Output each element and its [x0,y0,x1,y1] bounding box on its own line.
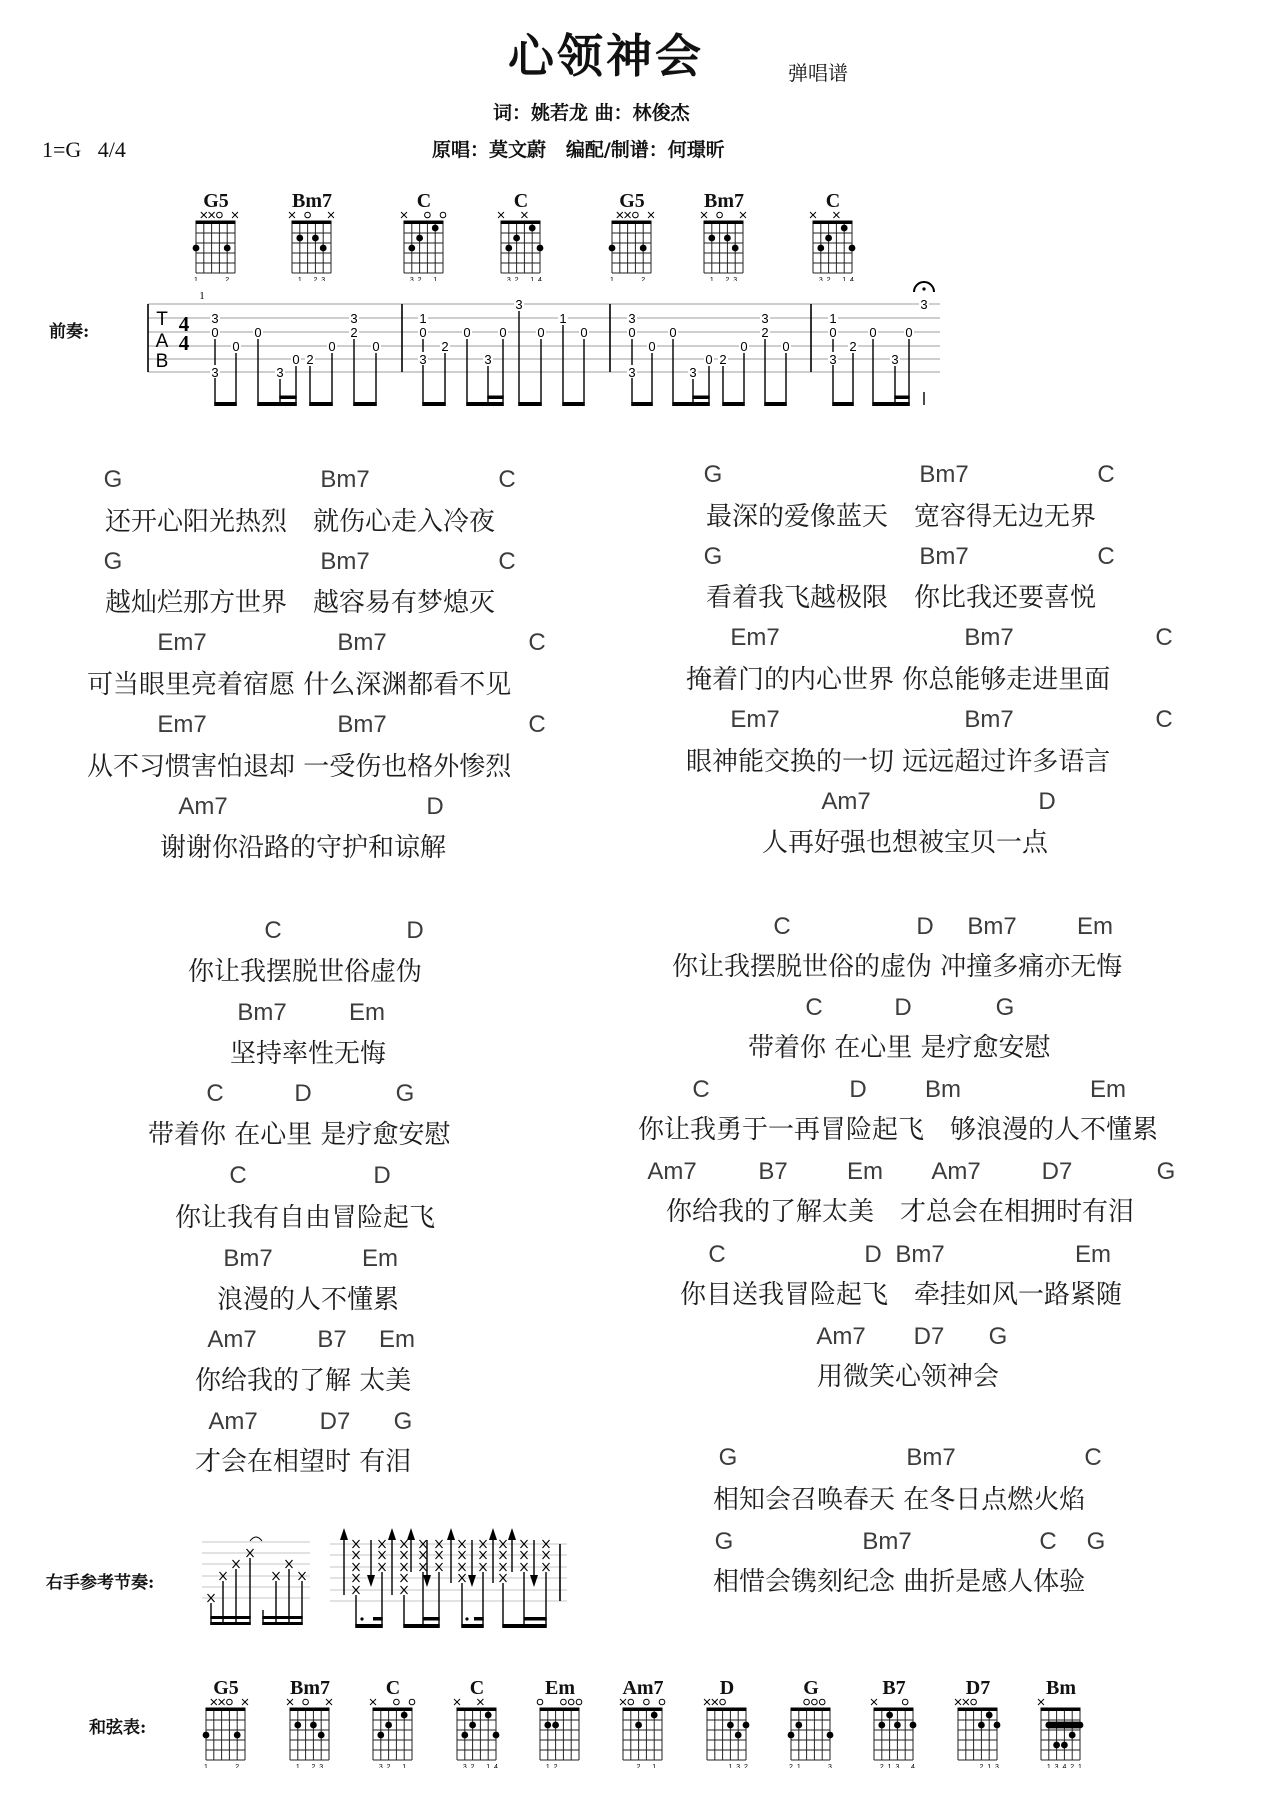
lyric-line: 最深的爱像蓝天 宽容得无边无界 [706,502,1096,532]
finger-dot [878,1722,885,1729]
sixteenth-beam [373,1617,383,1621]
chord-label: G [1157,1158,1176,1186]
fret-number: 0 [580,325,587,340]
sixteenth-beam [279,396,296,400]
open-string-icon [659,1699,665,1705]
fret-number: 3 [920,297,927,312]
finger-number: 1 [402,1764,406,1768]
arrow-head [447,1528,455,1540]
chord-grid: 123 [275,1696,345,1768]
finger-dot [485,1712,492,1719]
chord-diagram-bm7: Bm7123 [277,189,347,285]
beam [722,402,744,406]
chord-label: D [373,1162,390,1190]
strum-down-arrow-icon [367,1540,375,1587]
chord-label: C [708,1241,725,1269]
chord-label: G [996,994,1015,1022]
sixteenth-beam [692,396,709,400]
chord-grid: 21 [608,1696,678,1768]
fret-number: 1 [419,311,426,326]
finger-number: 1 [652,1764,656,1768]
strum-down-arrow-icon [530,1540,538,1587]
chord-label: C [206,1080,223,1108]
open-string-icon [902,1699,908,1705]
arrow-head [407,1528,415,1540]
chord-label: B7 [758,1158,787,1186]
open-string-icon [568,1699,574,1705]
muted-string-icon [963,1699,969,1705]
fret-number: 0 [463,325,470,340]
muted-string-icon [620,1699,626,1705]
fret-number: 0 [782,339,789,354]
finger-dot [727,1722,734,1729]
fret-number: 3 [628,365,635,380]
muted-string-icon [209,212,215,218]
finger-dot [825,235,832,242]
chord-label: Em7 [157,711,206,739]
nut [791,1708,831,1712]
chord-label: D [894,994,911,1022]
finger-number: 2 [554,1764,558,1768]
fret-number: 0 [905,325,912,340]
lyric-line: 你让我摆脱世俗虚伪 [188,957,422,987]
chord-label: D [849,1076,866,1104]
chord-label: G [104,466,123,494]
chord-diagram-bm7: Bm7123 [689,189,759,285]
dotted-note-dot [465,1617,468,1620]
finger-dot [401,1712,408,1719]
chord-label: G [719,1444,738,1472]
finger-dot [408,245,415,252]
finger-number: 2 [235,1764,239,1768]
chord-label: D [294,1080,311,1108]
nut [813,221,853,225]
nut [874,1708,914,1712]
muted-string-icon [712,1699,718,1705]
chord-grid: 123 [689,209,759,281]
finger-number: 1 [204,1764,208,1768]
beam [872,402,909,406]
fret-number: 0 [292,352,299,367]
muted-string-icon [370,1699,376,1705]
chord-label: C [528,711,545,739]
finger-number: 1 [987,1764,991,1768]
tab-clef-letter: B [156,351,169,372]
beam [422,402,445,406]
fret-number: 3 [689,365,696,380]
fret-number: 0 [740,339,747,354]
fret-number: 0 [648,339,655,354]
chord-diagram-d: D132 [692,1676,762,1772]
tie-icon [250,1537,262,1541]
chord-label: Bm7 [320,466,369,494]
fret-number: 0 [211,325,218,340]
lyricist-composer-credits: 词：姚若龙 曲：林俊杰 [493,101,690,125]
finger-number: 3 [379,1764,383,1768]
chord-label: C [1097,461,1114,489]
strum-down-arrow-icon [468,1540,476,1587]
muted-string-icon [740,212,746,218]
lyric-line: 用微笑心领神会 [817,1362,999,1392]
key-time-signature: 1=G 4/4 [42,137,126,163]
sheet-type-label: 弹唱谱 [788,60,848,86]
muted-string-icon [477,1699,483,1705]
lyric-line: 带着你 在心里 是疗愈安慰 [748,1033,1051,1063]
sixteenth-beam [474,1617,484,1621]
song-title: 心领神会 [508,28,704,84]
finger-dot [224,245,231,252]
muted-string-icon [328,212,334,218]
fret-number: 2 [719,352,726,367]
muted-string-icon [625,212,631,218]
fret-number: 3 [761,311,768,326]
finger-dot [461,1732,468,1739]
sixteenth-beam [894,396,909,400]
open-string-icon [644,1699,650,1705]
finger-dot [469,1722,476,1729]
finger-number: 4 [911,1764,915,1768]
finger-number: 3 [463,1764,467,1768]
fret-number: 0 [669,325,676,340]
finger-dot [651,1712,658,1719]
finger-dot [416,235,423,242]
finger-dot [513,235,520,242]
finger-dot [493,1732,500,1739]
finger-dot [894,1722,901,1729]
beam [672,402,709,406]
chord-grid: 321 [389,209,459,281]
chord-label: Em7 [157,629,206,657]
finger-dot [994,1722,1001,1729]
chord-label: C [498,466,515,494]
chord-label: Am7 [178,793,227,821]
finger-dot [817,245,824,252]
fermata-dot [922,287,925,290]
beam [631,402,652,406]
nut [540,1708,580,1712]
finger-number: 3 [319,1764,323,1768]
chord-label: Bm7 [906,1444,955,1472]
chord-grid: 132 [692,1696,762,1768]
lyric-line: 相惜会镌刻纪念 曲折是感人体验 [713,1567,1085,1597]
chord-diagram-c: C321 [358,1676,428,1772]
strum-up-arrow-icon [340,1528,348,1595]
strum-down-arrow-icon [423,1540,431,1587]
finger-dot [310,1722,317,1729]
finger-dot [193,245,200,252]
beam [262,1622,302,1625]
finger-dot [841,225,848,232]
chord-label: C [528,629,545,657]
fret-number: 0 [628,325,635,340]
chord-label: Em [847,1158,883,1186]
chord-label: D [916,913,933,941]
chord-label: C [1155,706,1172,734]
open-string-icon [633,212,639,218]
chord-label: Em [379,1326,415,1354]
chord-label: D7 [914,1323,945,1351]
beam [309,402,332,406]
sixteenth-beam [423,1617,440,1621]
dotted-note-dot [360,1617,363,1620]
chord-grid: 2134 [859,1696,929,1768]
lyric-line: 你让我摆脱世俗的虚伪 冲撞多痛亦无悔 [672,952,1122,982]
strum-up-arrow-icon [407,1528,415,1572]
finger-dot [385,1722,392,1729]
chord-label: Bm [925,1076,961,1104]
nut [707,1708,747,1712]
chord-grid: 13421 [1026,1696,1096,1768]
fret-number: 3 [829,352,836,367]
open-string-icon [971,1699,977,1705]
open-string-icon [819,1699,825,1705]
nut [1041,1708,1081,1712]
strum-up-arrow-icon [508,1528,516,1572]
barre [1045,1722,1083,1729]
finger-number: 2 [637,1764,641,1768]
finger-dot [296,235,303,242]
fret-number: 3 [484,352,491,367]
intro-tab-staff: TAB4413030030203201032030301030300302032… [0,280,1280,420]
finger-number: 2 [979,1764,983,1768]
muted-string-icon [211,1699,217,1705]
fret-number: 2 [350,325,357,340]
chord-diagram-c-x: C3214 [486,189,556,285]
muted-string-icon [242,1699,248,1705]
lyric-line: 你给我的了解 太美 [195,1366,411,1396]
muted-string-icon [701,212,707,218]
fret-number: 0 [232,339,239,354]
lyric-line: 还开心阳光热烈 就伤心走入冷夜 [105,507,495,537]
finger-number: 1 [728,1764,732,1768]
chord-label: G [396,1080,415,1108]
chord-grid: 213 [776,1696,846,1768]
tab-clef-letter: A [156,331,169,352]
fret-number: 0 [419,325,426,340]
chord-grid: 12 [191,1696,261,1768]
fret-number: 2 [306,352,313,367]
beam [353,402,376,406]
finger-dot [537,245,544,252]
finger-number: 1 [797,1764,801,1768]
fret-number: 1 [829,311,836,326]
fret-number: 3 [628,311,635,326]
chord-label: Em [1075,1241,1111,1269]
lyric-line: 谢谢你沿路的守护和谅解 [160,833,446,863]
open-string-icon [720,1699,726,1705]
chord-label: Am7 [816,1323,865,1351]
finger-number: 1 [486,1764,490,1768]
finger-dot [788,1732,795,1739]
finger-number: 2 [789,1764,793,1768]
finger-dot [795,1722,802,1729]
beam [262,1616,302,1619]
chord-diagram-b7: B72134 [859,1676,929,1772]
open-string-icon [425,212,431,218]
muted-string-icon [810,212,816,218]
chord-label: Em7 [730,706,779,734]
fret-number: 0 [705,352,712,367]
muted-string-icon [219,1699,225,1705]
strum-pattern [330,1528,567,1628]
chord-diagram-c-x: C3214 [442,1676,512,1772]
chord-label: C [773,913,790,941]
beam [518,402,541,406]
muted-string-icon [1038,1699,1044,1705]
chord-label: Em [349,999,385,1027]
finger-dot [978,1722,985,1729]
open-string-icon [303,1699,309,1705]
chord-diagram-am7: Am721 [608,1676,678,1772]
beam [257,402,296,406]
chord-label: D [426,793,443,821]
finger-number: 3 [895,1764,899,1768]
finger-number: 3 [1055,1764,1059,1768]
chord-label: G [1087,1528,1106,1556]
chord-label: Bm7 [337,629,386,657]
chord-label: C [805,994,822,1022]
arrow-head [489,1528,497,1540]
nut [958,1708,998,1712]
chord-label: Bm7 [223,1245,272,1273]
tab-clef-letter: T [156,309,168,330]
chord-label: C [692,1076,709,1104]
beam [355,1624,382,1628]
nut [196,221,236,225]
sixteenth-beam [524,1617,547,1621]
lyric-line: 看着我飞越极限 你比我还要喜悦 [706,583,1096,613]
finger-number: 2 [471,1764,475,1768]
open-string-icon [804,1699,810,1705]
finger-dot [640,245,647,252]
finger-dot [552,1722,559,1729]
measure-number: 1 [199,290,205,302]
open-string-icon [217,212,223,218]
chord-grid: 12 [181,209,251,281]
chord-grid: 12 [525,1696,595,1768]
finger-number: 1 [888,1764,892,1768]
chord-label: Em [362,1245,398,1273]
nut [623,1708,663,1712]
lyric-line: 掩着门的内心世界 你总能够走进里面 [686,665,1110,695]
open-string-icon [227,1699,233,1705]
finger-dot [609,245,616,252]
open-string-icon [576,1699,582,1705]
muted-string-icon [232,212,238,218]
chord-label: Am7 [821,788,870,816]
fret-number: 3 [515,297,522,312]
chord-label: Bm7 [919,461,968,489]
finger-dot [529,225,536,232]
open-string-icon [717,212,723,218]
finger-number: 2 [1070,1764,1074,1768]
finger-dot [234,1732,241,1739]
beam [403,1624,439,1628]
muted-string-icon [648,212,654,218]
lyric-line: 浪漫的人不懂累 [217,1285,399,1315]
chord-label: G [104,548,123,576]
chord-label: G [715,1528,734,1556]
fret-number: 1 [559,311,566,326]
beam [562,402,584,406]
finger-dot [203,1732,210,1739]
finger-dot [732,245,739,252]
finger-number: 2 [387,1764,391,1768]
chord-label: Bm7 [337,711,386,739]
muted-string-icon [498,212,504,218]
chord-diagram-g5: G512 [181,189,251,285]
chord-diagram-bm7: Bm7123 [275,1676,345,1772]
finger-dot [318,1732,325,1739]
lyric-line: 人再好强也想被宝贝一点 [762,828,1048,858]
nut [206,1708,246,1712]
lyric-line: 你给我的了解太美 才总会在相拥时有泪 [666,1197,1134,1227]
finger-dot [432,225,439,232]
chord-table-label: 和弦表: [89,1717,146,1739]
fret-number: 3 [419,352,426,367]
chord-label: C [1039,1528,1056,1556]
open-string-icon [305,212,311,218]
chord-label: Bm7 [919,543,968,571]
finger-dot [1053,1742,1060,1749]
muted-string-icon [833,212,839,218]
chord-label: Bm7 [964,706,1013,734]
lyric-line: 才会在相望时 有泪 [195,1447,411,1477]
strum-up-arrow-icon [388,1528,396,1595]
chord-diagram-g: G213 [776,1676,846,1772]
chord-grid: 3214 [442,1696,512,1768]
finger-dot [735,1732,742,1739]
arrow-head [340,1528,348,1540]
beam [461,1624,483,1628]
finger-number: 1 [296,1764,300,1768]
open-string-icon [812,1699,818,1705]
lyric-line: 你让我勇于一再冒险起飞 够浪漫的人不懂累 [638,1115,1158,1145]
finger-dot [986,1712,993,1719]
fret-number: 3 [211,365,218,380]
nut [290,1708,330,1712]
chord-diagram-em: Em12 [525,1676,595,1772]
finger-dot [849,245,856,252]
chord-grid: 12 [597,209,667,281]
sheet-page: 心领神会 弹唱谱 词：姚若龙 曲：林俊杰 原唱：莫文蔚 编配/制谱：何璟昕 1=… [0,0,1280,1810]
chord-label: Bm7 [895,1241,944,1269]
arrow-head [388,1528,396,1540]
lyric-line: 你目送我冒险起飞 牵挂如风一路紧随 [680,1280,1122,1310]
finger-dot [312,235,319,242]
chord-label: Am7 [931,1158,980,1186]
rhythm-patterns [0,1525,600,1635]
fret-number: 0 [328,339,335,354]
chord-label: Am7 [647,1158,696,1186]
nut [373,1708,413,1712]
chord-label: Am7 [208,1408,257,1436]
fret-number: 0 [499,325,506,340]
chord-label: G [989,1323,1008,1351]
fret-number: 2 [761,325,768,340]
finger-number: 3 [828,1764,832,1768]
fret-number: 0 [869,325,876,340]
chord-label: Bm7 [862,1528,911,1556]
nut [292,221,332,225]
chord-grid: 321 [358,1696,428,1768]
lyric-line: 坚持率性无悔 [230,1039,386,1069]
beam [502,1624,546,1628]
muted-string-icon [871,1699,877,1705]
lyric-line: 带着你 在心里 是疗愈安慰 [148,1120,451,1150]
lyric-line: 越灿烂那方世界 越容易有梦熄灭 [105,588,495,618]
chord-label: D [406,917,423,945]
